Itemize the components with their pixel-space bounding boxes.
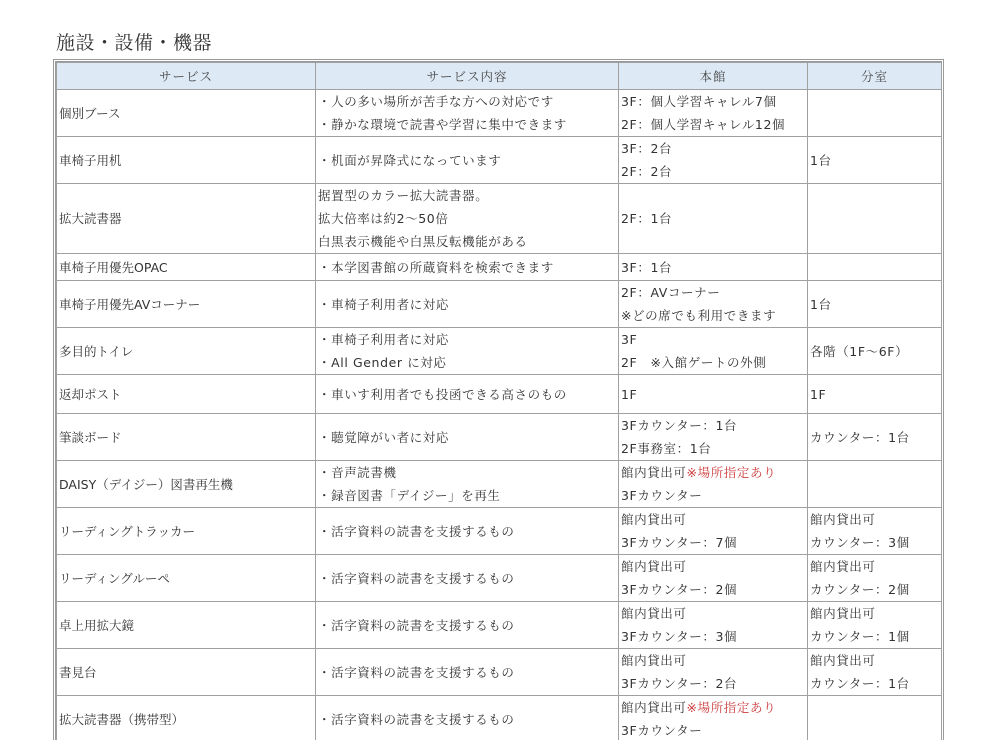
cell-service: 筆談ボード	[57, 414, 316, 461]
content-line: ・人の多い場所が苦手な方への対応です	[318, 90, 616, 113]
cell-branch: 1台	[808, 281, 942, 328]
cell-main-building: 3Fカウンター：1台2F事務室：1台	[619, 414, 808, 461]
branch-line: 館内貸出可	[810, 649, 939, 672]
cell-branch	[808, 254, 942, 281]
cell-main-building: 館内貸出可3Fカウンター：2個	[619, 555, 808, 602]
header-service-content: サービス内容	[316, 63, 619, 90]
cell-main-building: 2F：AVコーナー※どの席でも利用できます	[619, 281, 808, 328]
cell-main-building: 3F：個人学習キャレル7個2F：個人学習キャレル12個	[619, 90, 808, 137]
cell-service-content: ・車椅子利用者に対応・All Gender に対応	[316, 328, 619, 375]
cell-branch: カウンター：1台	[808, 414, 942, 461]
service-name: 拡大読書器（携帯型）	[59, 712, 184, 727]
cell-main-building: 3F2F ※入館ゲートの外側	[619, 328, 808, 375]
main-building-line: 2F：AVコーナー	[621, 281, 805, 304]
cell-service-content: ・音声読書機・録音図書「デイジー」を再生	[316, 461, 619, 508]
cell-service: 個別ブース	[57, 90, 316, 137]
cell-main-building: 館内貸出可※場所指定あり3Fカウンター	[619, 461, 808, 508]
content-line: ・活字資料の読書を支援するもの	[318, 520, 616, 543]
main-building-line: 2F：個人学習キャレル12個	[621, 113, 805, 136]
cell-branch	[808, 184, 942, 254]
cell-main-building: 館内貸出可※場所指定あり3Fカウンター	[619, 696, 808, 740]
location-text: 3Fカウンター：2台	[621, 676, 737, 691]
location-text: 3Fカウンター：7個	[621, 535, 737, 550]
location-text: 3Fカウンター	[621, 723, 702, 738]
content-line: 拡大倍率は約2〜50倍	[318, 207, 616, 230]
content-line: ・車いす利用者でも投函できる高さのもの	[318, 383, 616, 406]
table-row: 拡大読書器据置型のカラー拡大読書器。拡大倍率は約2〜50倍白黒表示機能や白黒反転…	[57, 184, 942, 254]
cell-service-content: ・活字資料の読書を支援するもの	[316, 508, 619, 555]
main-building-line: 館内貸出可	[621, 649, 805, 672]
cell-branch: 各階（1F〜6F）	[808, 328, 942, 375]
content-line: 据置型のカラー拡大読書器。	[318, 184, 616, 207]
cell-main-building: 3F：2台2F：2台	[619, 137, 808, 184]
content-line: ・静かな環境で読書や学習に集中できます	[318, 113, 616, 136]
cell-service-content: ・聴覚障がい者に対応	[316, 414, 619, 461]
cell-service: リーディングトラッカー	[57, 508, 316, 555]
service-name: 個別ブース	[59, 106, 121, 121]
cell-service-content: ・活字資料の読書を支援するもの	[316, 602, 619, 649]
location-text: 館内貸出可	[621, 606, 687, 621]
content-line: ・活字資料の読書を支援するもの	[318, 708, 616, 731]
cell-service: 書見台	[57, 649, 316, 696]
table-row: DAISY（デイジー）図書再生機・音声読書機・録音図書「デイジー」を再生館内貸出…	[57, 461, 942, 508]
table-row: 車椅子用優先AVコーナー・車椅子利用者に対応2F：AVコーナー※どの席でも利用で…	[57, 281, 942, 328]
cell-service: リーディングルーペ	[57, 555, 316, 602]
branch-line: 館内貸出可	[810, 555, 939, 578]
cell-service-content: ・机面が昇降式になっています	[316, 137, 619, 184]
cell-branch	[808, 90, 942, 137]
cell-service: DAISY（デイジー）図書再生機	[57, 461, 316, 508]
main-building-line: 3Fカウンター：2台	[621, 672, 805, 695]
location-restriction-note: ※場所指定あり	[687, 465, 777, 480]
location-text: 2F事務室：1台	[621, 441, 711, 456]
page-title: 施設・設備・機器	[56, 30, 212, 56]
cell-service-content: ・活字資料の読書を支援するもの	[316, 649, 619, 696]
cell-branch: 1台	[808, 137, 942, 184]
cell-main-building: 2F：1台	[619, 184, 808, 254]
content-line: ・活字資料の読書を支援するもの	[318, 567, 616, 590]
main-building-line: 館内貸出可	[621, 555, 805, 578]
main-building-line: 3Fカウンター：1台	[621, 414, 805, 437]
service-name: 車椅子用優先AVコーナー	[59, 297, 200, 312]
table-header-row: サービス サービス内容 本館 分室	[57, 63, 942, 90]
branch-line: カウンター：3個	[810, 531, 939, 554]
cell-service-content: ・車いす利用者でも投函できる高さのもの	[316, 375, 619, 414]
main-building-line: 2F：1台	[621, 207, 805, 230]
location-text: 館内貸出可	[621, 559, 687, 574]
main-building-line: 2F：2台	[621, 160, 805, 183]
table-row: 卓上用拡大鏡・活字資料の読書を支援するもの館内貸出可3Fカウンター：3個館内貸出…	[57, 602, 942, 649]
cell-service: 車椅子用優先AVコーナー	[57, 281, 316, 328]
table-row: 車椅子用机・机面が昇降式になっています3F：2台2F：2台1台	[57, 137, 942, 184]
cell-service-content: ・本学図書館の所蔵資料を検索できます	[316, 254, 619, 281]
cell-main-building: 館内貸出可3Fカウンター：2台	[619, 649, 808, 696]
table-row: 返却ポスト・車いす利用者でも投函できる高さのもの1F1F	[57, 375, 942, 414]
service-name: リーディングルーペ	[59, 571, 170, 586]
cell-branch: 館内貸出可カウンター：3個	[808, 508, 942, 555]
table-row: 書見台・活字資料の読書を支援するもの館内貸出可3Fカウンター：2台館内貸出可カウ…	[57, 649, 942, 696]
branch-line: カウンター：2個	[810, 578, 939, 601]
cell-main-building: 館内貸出可3Fカウンター：3個	[619, 602, 808, 649]
main-building-line: 2F ※入館ゲートの外側	[621, 351, 805, 374]
cell-service: 拡大読書器（携帯型）	[57, 696, 316, 740]
location-text: 3Fカウンター	[621, 488, 702, 503]
cell-service: 卓上用拡大鏡	[57, 602, 316, 649]
header-branch: 分室	[808, 63, 942, 90]
branch-line: 館内貸出可	[810, 602, 939, 625]
main-building-line: 3Fカウンター	[621, 719, 805, 740]
table-body: 個別ブース・人の多い場所が苦手な方への対応です・静かな環境で読書や学習に集中でき…	[57, 90, 942, 740]
branch-line: 各階（1F〜6F）	[810, 340, 939, 363]
cell-service-content: ・車椅子利用者に対応	[316, 281, 619, 328]
location-text: 2F：1台	[621, 211, 672, 226]
location-text: 3F	[621, 332, 637, 347]
location-text: 3F：個人学習キャレル7個	[621, 94, 777, 109]
content-line: ・車椅子利用者に対応	[318, 293, 616, 316]
location-text: ※どの席でも利用できます	[621, 308, 776, 323]
table-row: リーディングルーペ・活字資料の読書を支援するもの館内貸出可3Fカウンター：2個館…	[57, 555, 942, 602]
cell-service: 車椅子用机	[57, 137, 316, 184]
location-text: 2F：2台	[621, 164, 672, 179]
content-line: ・車椅子利用者に対応	[318, 328, 616, 351]
location-text: 3F：2台	[621, 141, 672, 156]
service-name: リーディングトラッカー	[59, 524, 195, 539]
branch-line: 1F	[810, 383, 939, 406]
location-text: 3F：1台	[621, 260, 672, 275]
main-building-line: 2F事務室：1台	[621, 437, 805, 460]
table-row: 拡大読書器（携帯型）・活字資料の読書を支援するもの館内貸出可※場所指定あり3Fカ…	[57, 696, 942, 740]
service-name: DAISY（デイジー）図書再生機	[59, 477, 233, 492]
location-text: 2F：AVコーナー	[621, 285, 720, 300]
location-text: 1F	[621, 387, 637, 402]
main-building-line: ※どの席でも利用できます	[621, 304, 805, 327]
cell-branch: 館内貸出可カウンター：2個	[808, 555, 942, 602]
main-building-line: 館内貸出可	[621, 602, 805, 625]
cell-branch: 館内貸出可カウンター：1個	[808, 602, 942, 649]
branch-line: カウンター：1台	[810, 672, 939, 695]
main-building-line: 館内貸出可	[621, 508, 805, 531]
cell-main-building: 1F	[619, 375, 808, 414]
service-name: 車椅子用優先OPAC	[59, 260, 168, 275]
location-text: 館内貸出可	[621, 465, 687, 480]
cell-service-content: ・活字資料の読書を支援するもの	[316, 696, 619, 740]
table-row: リーディングトラッカー・活字資料の読書を支援するもの館内貸出可3Fカウンター：7…	[57, 508, 942, 555]
branch-line: 1台	[810, 293, 939, 316]
service-name: 卓上用拡大鏡	[59, 618, 134, 633]
service-name: 拡大読書器	[59, 211, 122, 226]
branch-line: 館内貸出可	[810, 508, 939, 531]
header-service: サービス	[57, 63, 316, 90]
cell-service: 拡大読書器	[57, 184, 316, 254]
content-line: ・机面が昇降式になっています	[318, 149, 616, 172]
cell-service-content: 据置型のカラー拡大読書器。拡大倍率は約2〜50倍白黒表示機能や白黒反転機能がある	[316, 184, 619, 254]
cell-branch: 館内貸出可カウンター：1台	[808, 649, 942, 696]
table-row: 筆談ボード・聴覚障がい者に対応3Fカウンター：1台2F事務室：1台カウンター：1…	[57, 414, 942, 461]
content-line: ・活字資料の読書を支援するもの	[318, 614, 616, 637]
service-name: 車椅子用机	[59, 153, 122, 168]
content-line: ・本学図書館の所蔵資料を検索できます	[318, 256, 616, 279]
content-line: ・録音図書「デイジー」を再生	[318, 484, 616, 507]
location-text: 3Fカウンター：1台	[621, 418, 737, 433]
cell-branch: 1F	[808, 375, 942, 414]
cell-main-building: 3F：1台	[619, 254, 808, 281]
content-line: 白黒表示機能や白黒反転機能がある	[318, 230, 616, 253]
cell-main-building: 館内貸出可3Fカウンター：7個	[619, 508, 808, 555]
main-building-line: 3F：2台	[621, 137, 805, 160]
main-building-line: 3Fカウンター	[621, 484, 805, 507]
location-text: 2F ※入館ゲートの外側	[621, 355, 766, 370]
content-line: ・活字資料の読書を支援するもの	[318, 661, 616, 684]
header-main-building: 本館	[619, 63, 808, 90]
content-line: ・音声読書機	[318, 461, 616, 484]
main-building-line: 3Fカウンター：2個	[621, 578, 805, 601]
branch-line: カウンター：1台	[810, 426, 939, 449]
location-text: 館内貸出可	[621, 653, 687, 668]
main-building-line: 3F	[621, 328, 805, 351]
main-building-line: 3F：1台	[621, 256, 805, 279]
facilities-table: サービス サービス内容 本館 分室 個別ブース・人の多い場所が苦手な方への対応で…	[56, 62, 942, 740]
main-building-line: 1F	[621, 383, 805, 406]
content-line: ・聴覚障がい者に対応	[318, 426, 616, 449]
table-row: 多目的トイレ・車椅子利用者に対応・All Gender に対応3F2F ※入館ゲ…	[57, 328, 942, 375]
cell-branch	[808, 461, 942, 508]
service-name: 返却ポスト	[59, 387, 122, 402]
location-text: 3Fカウンター：3個	[621, 629, 737, 644]
location-text: 2F：個人学習キャレル12個	[621, 117, 785, 132]
cell-branch	[808, 696, 942, 740]
main-building-line: 3F：個人学習キャレル7個	[621, 90, 805, 113]
location-restriction-note: ※場所指定あり	[687, 700, 777, 715]
cell-service: 車椅子用優先OPAC	[57, 254, 316, 281]
facilities-table-frame: サービス サービス内容 本館 分室 個別ブース・人の多い場所が苦手な方への対応で…	[53, 59, 944, 740]
main-building-line: 3Fカウンター：7個	[621, 531, 805, 554]
branch-line: カウンター：1個	[810, 625, 939, 648]
branch-line: 1台	[810, 149, 939, 172]
service-name: 多目的トイレ	[59, 344, 133, 359]
table-row: 個別ブース・人の多い場所が苦手な方への対応です・静かな環境で読書や学習に集中でき…	[57, 90, 942, 137]
content-line: ・All Gender に対応	[318, 351, 616, 374]
service-name: 筆談ボード	[59, 430, 122, 445]
location-text: 3Fカウンター：2個	[621, 582, 737, 597]
main-building-line: 3Fカウンター：3個	[621, 625, 805, 648]
cell-service: 多目的トイレ	[57, 328, 316, 375]
location-text: 館内貸出可	[621, 512, 687, 527]
location-text: 館内貸出可	[621, 700, 687, 715]
table-row: 車椅子用優先OPAC・本学図書館の所蔵資料を検索できます3F：1台	[57, 254, 942, 281]
cell-service: 返却ポスト	[57, 375, 316, 414]
main-building-line: 館内貸出可※場所指定あり	[621, 461, 805, 484]
main-building-line: 館内貸出可※場所指定あり	[621, 696, 805, 719]
service-name: 書見台	[59, 665, 97, 680]
cell-service-content: ・人の多い場所が苦手な方への対応です・静かな環境で読書や学習に集中できます	[316, 90, 619, 137]
cell-service-content: ・活字資料の読書を支援するもの	[316, 555, 619, 602]
